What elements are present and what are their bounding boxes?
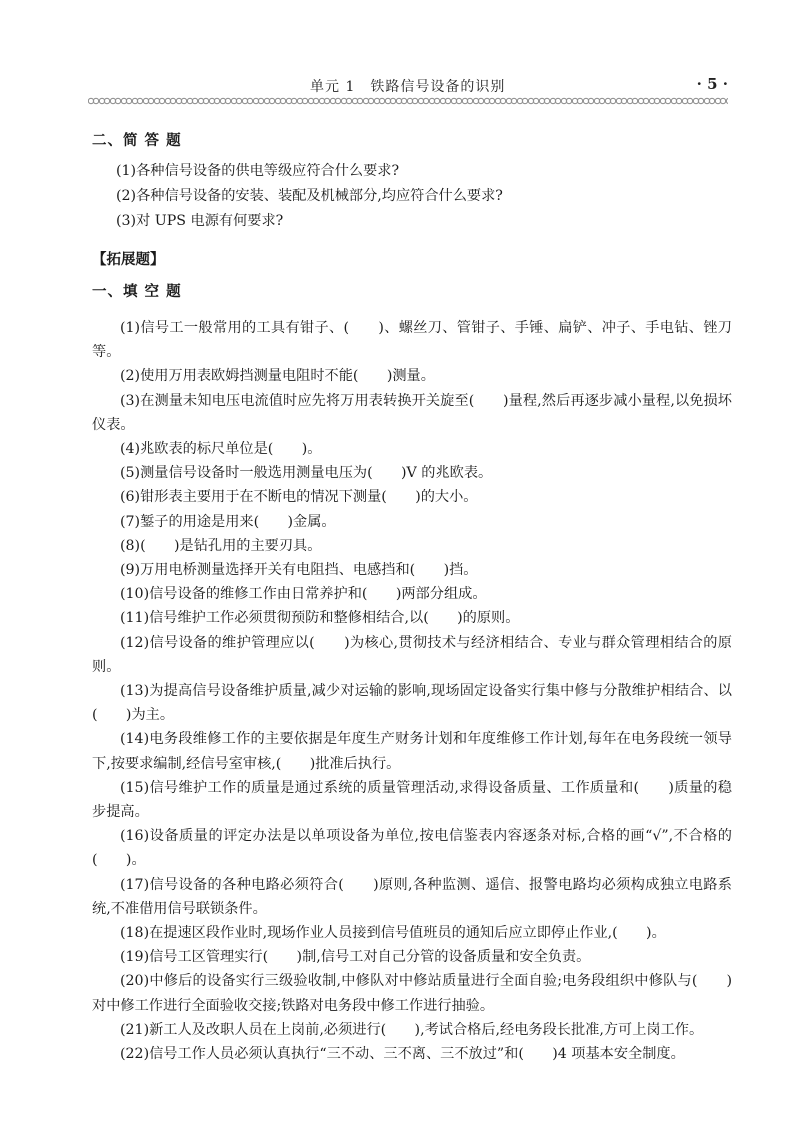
question-item: (22)信号工作人员必须认真执行“三不动、三不离、三不放过”和( )4 项基本安… xyxy=(92,1042,732,1066)
running-title: 单元 1 铁路信号设备的识别 xyxy=(310,76,505,96)
question-item: (18)在提速区段作业时,现场作业人员接到信号值班员的通知后应立即停止作业,( … xyxy=(92,921,732,945)
question-item: (10)信号设备的维修工作由日常养护和( )两部分组成。 xyxy=(92,582,732,606)
question-item: (20)中修后的设备实行三级验收制,中修队对中修站质量进行全面自验;电务段组织中… xyxy=(92,969,732,1017)
question-item: (9)万用电桥测量选择开关有电阻挡、电感挡和( )挡。 xyxy=(92,558,732,582)
fill-blank-list: (1)信号工一般常用的工具有钳子、( )、螺丝刀、管钳子、手锤、扁铲、冲子、手电… xyxy=(92,316,732,1066)
section-heading-fill-blank: 一、填 空 题 xyxy=(92,280,732,316)
question-item: (5)测量信号设备时一般选用测量电压为( )V 的兆欧表。 xyxy=(92,461,732,485)
question-item: (1)信号工一般常用的工具有钳子、( )、螺丝刀、管钳子、手锤、扁铲、冲子、手电… xyxy=(92,316,732,364)
question-item: (13)为提高信号设备维护质量,减少对运输的影响,现场固定设备实行集中修与分散维… xyxy=(92,679,732,727)
question-item: (15)信号维护工作的质量是通过系统的质量管理活动,求得设备质量、工作质量和( … xyxy=(92,776,732,824)
question-item: (8)( )是钻孔用的主要刃具。 xyxy=(92,534,732,558)
question-item: (2)使用万用表欧姆挡测量电阻时不能( )测量。 xyxy=(92,364,732,388)
question-item: (1)各种信号设备的供电等级应符合什么要求? xyxy=(92,159,732,184)
page-number: · 5 · xyxy=(697,75,728,93)
extension-heading: 【拓展题】 xyxy=(92,248,732,278)
question-item: (21)新工人及改职人员在上岗前,必须进行( ),考试合格后,经电务段长批准,方… xyxy=(92,1018,732,1042)
page-body: 二、简 答 题 (1)各种信号设备的供电等级应符合什么要求? (2)各种信号设备… xyxy=(92,125,732,1066)
question-item: (14)电务段维修工作的主要依据是年度生产财务计划和年度维修工作计划,每年在电务… xyxy=(92,727,732,775)
page-header: 单元 1 铁路信号设备的识别 · 5 · xyxy=(88,76,728,96)
ornamental-border xyxy=(88,96,728,106)
question-item: (11)信号维护工作必须贯彻预防和整修相结合,以( )的原则。 xyxy=(92,606,732,630)
question-item: (17)信号设备的各种电路必须符合( )原则,各种监测、遥信、报警电路均必须构成… xyxy=(92,873,732,921)
question-item: (19)信号工区管理实行( )制,信号工对自己分管的设备质量和安全负责。 xyxy=(92,945,732,969)
question-item: (16)设备质量的评定办法是以单项设备为单位,按电信鉴表内容逐条对标,合格的画“… xyxy=(92,824,732,872)
question-item: (3)在测量未知电压电流值时应先将万用表转换开关旋至( )量程,然后再逐步减小量… xyxy=(92,389,732,437)
short-answer-list: (1)各种信号设备的供电等级应符合什么要求? (2)各种信号设备的安装、装配及机… xyxy=(92,159,732,234)
question-item: (7)錾子的用途是用来( )金属。 xyxy=(92,510,732,534)
question-item: (2)各种信号设备的安装、装配及机械部分,均应符合什么要求? xyxy=(92,184,732,209)
question-item: (12)信号设备的维护管理应以( )为核心,贯彻技术与经济相结合、专业与群众管理… xyxy=(92,631,732,679)
section-heading-short-answer: 二、简 答 题 xyxy=(92,129,732,159)
question-item: (6)钳形表主要用于在不断电的情况下测量( )的大小。 xyxy=(92,485,732,509)
question-item: (3)对 UPS 电源有何要求? xyxy=(92,209,732,234)
question-item: (4)兆欧表的标尺单位是( )。 xyxy=(92,437,732,461)
